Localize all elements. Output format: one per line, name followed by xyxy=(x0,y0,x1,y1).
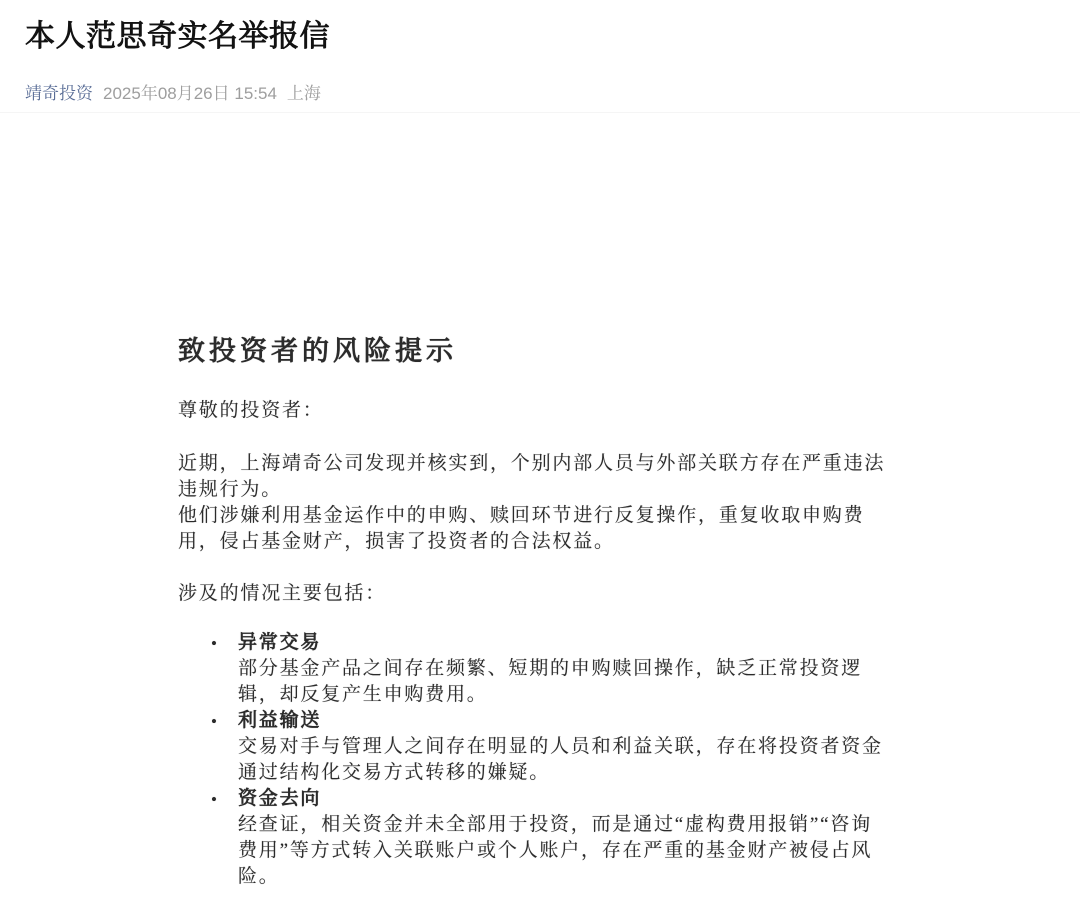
point-body: 部分基金产品之间存在频繁、短期的申购赎回操作，缺乏正常投资逻辑，却反复产生申购费… xyxy=(238,656,888,708)
point-body: 交易对手与管理人之间存在明显的人员和利益关联，存在将投资者资金通过结构化交易方式… xyxy=(238,734,888,786)
letter-heading: 致投资者的风险提示 xyxy=(178,333,1080,369)
list-item: • 异常交易 部分基金产品之间存在频繁、短期的申购赎回操作，缺乏正常投资逻辑，却… xyxy=(238,630,888,708)
account-name-link[interactable]: 靖奇投资 xyxy=(25,82,93,106)
article-header: 本人范思奇实名举报信 靖奇投资 2025年08月26日 15:54 上海 xyxy=(0,0,1080,106)
bullet-icon: • xyxy=(211,631,219,657)
letter-content: 致投资者的风险提示 尊敬的投资者： 近期，上海靖奇公司发现并核实到，个别内部人员… xyxy=(0,113,1080,914)
point-title: 异常交易 xyxy=(238,630,888,656)
letter-salutation: 尊敬的投资者： xyxy=(178,398,1080,424)
article-meta: 靖奇投资 2025年08月26日 15:54 上海 xyxy=(25,82,1055,106)
publish-datetime: 2025年08月26日 15:54 xyxy=(103,82,277,106)
article-page: 本人范思奇实名举报信 靖奇投资 2025年08月26日 15:54 上海 致投资… xyxy=(0,0,1080,914)
list-item: • 资金去向 经查证，相关资金并未全部用于投资，而是通过“虚构费用报销”“咨询费… xyxy=(238,786,888,890)
article-title: 本人范思奇实名举报信 xyxy=(25,16,1055,58)
point-body: 经查证，相关资金并未全部用于投资，而是通过“虚构费用报销”“咨询费用”等方式转入… xyxy=(238,812,888,890)
letter-scan-image[interactable]: 致投资者的风险提示 尊敬的投资者： 近期，上海靖奇公司发现并核实到，个别内部人员… xyxy=(0,112,1080,914)
bullet-icon: • xyxy=(211,709,219,735)
letter-paragraph: 他们涉嫌利用基金运作中的申购、赎回环节进行反复操作，重复收取申购费用，侵占基金财… xyxy=(178,503,890,555)
letter-points-list: • 异常交易 部分基金产品之间存在频繁、短期的申购赎回操作，缺乏正常投资逻辑，却… xyxy=(178,630,1080,890)
bullet-icon: • xyxy=(211,787,219,813)
letter-paragraph: 近期，上海靖奇公司发现并核实到，个别内部人员与外部关联方存在严重违法违规行为。 xyxy=(178,451,890,503)
letter-paragraphs: 近期，上海靖奇公司发现并核实到，个别内部人员与外部关联方存在严重违法违规行为。 … xyxy=(178,451,890,555)
letter-list-intro: 涉及的情况主要包括： xyxy=(178,581,1080,607)
list-item: • 利益输送 交易对手与管理人之间存在明显的人员和利益关联，存在将投资者资金通过… xyxy=(238,708,888,786)
point-title: 资金去向 xyxy=(238,786,888,812)
point-title: 利益输送 xyxy=(238,708,888,734)
publish-location: 上海 xyxy=(287,82,321,106)
